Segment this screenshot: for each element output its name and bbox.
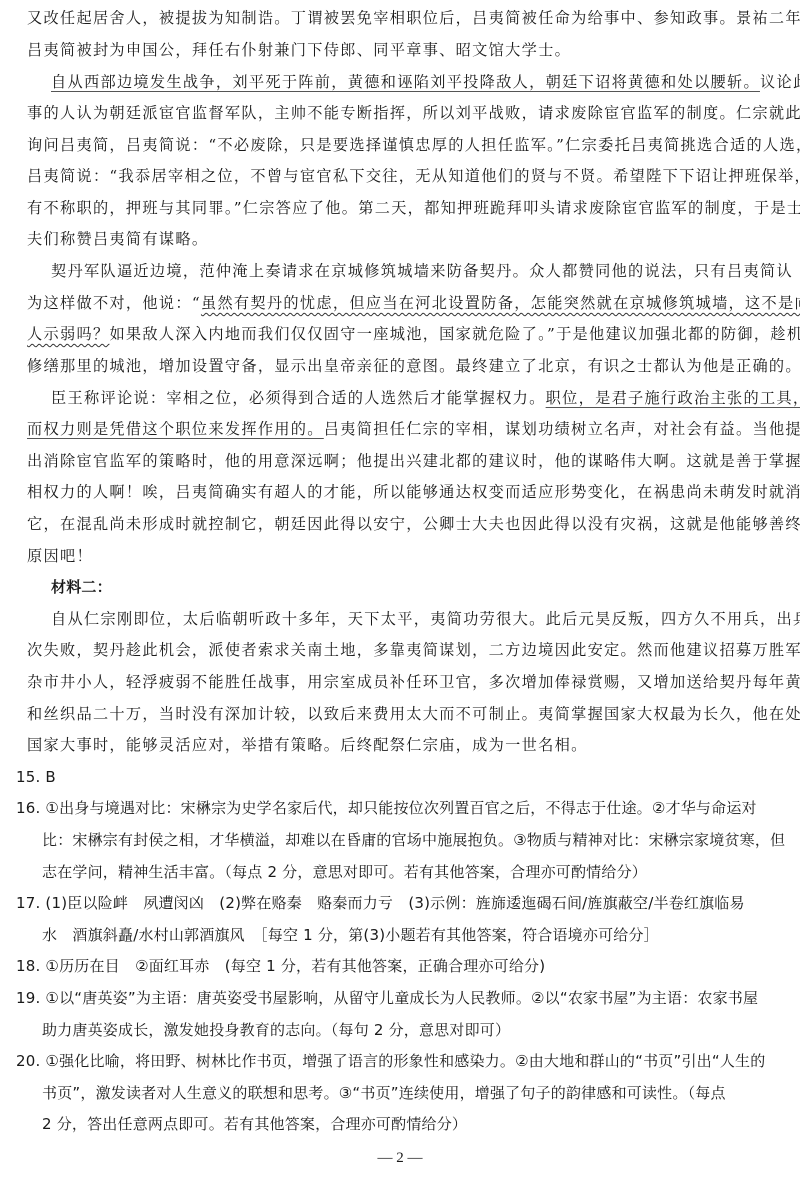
wavy-underlined-passage: 人示弱吗？	[27, 325, 109, 343]
text-line: 出消除宦官监军的策略时，他的用意深远啊；他提出兴建北都的建议时，他的谋略伟大啊。…	[27, 451, 783, 471]
text-line: 契丹军队逼近边境，范仲淹上奏请求在京城修筑城墙来防备契丹。众人都赞同他的说法，只…	[51, 261, 800, 281]
text-line: 有不称职的，押班与其同罪。”仁宗答应了他。第二天，都知押班跪拜叩头请求废除宦官监…	[27, 198, 783, 218]
answer-20-line: 书页”，激发读者对人生意义的联想和思考。③“书页”连续使用，增强了句子的韵律感和…	[42, 1083, 798, 1103]
answer-16-line: 16. ①出身与境遇对比：宋楙宗为史学名家后代，却只能按位次列置百官之后，不得志…	[16, 798, 772, 818]
text-line: 事的人认为朝廷派宦官监督军队，主帅不能专断指挥，所以刘平战败，请求废除宦官监军的…	[27, 103, 783, 123]
text-line: 自从西部边境发生战争，刘平死于阵前，黄德和诬陷刘平投降敌人，朝廷下诏将黄德和处以…	[51, 72, 800, 92]
section-heading: 材料二：	[51, 577, 800, 597]
underlined-passage: 而权力则是凭借这个职位来发挥作用的。	[27, 420, 324, 438]
text-line: 杂市井小人，轻浮疲弱不能胜任战事，用宗室成员补任环卫官，多次增加俸禄赏赐，又增加…	[27, 672, 783, 692]
text-line: 次失败，契丹趁此机会，派使者索求关南土地，多靠夷简谋划，二方边境因此安定。然而他…	[27, 640, 783, 660]
answer-19-line: 19. ①以“唐英姿”为主语：唐英姿受书屋影响，从留守儿童成长为人民教师。②以“…	[16, 988, 772, 1008]
page-number: — 2 —	[0, 1150, 800, 1167]
text-span: 臣王称评论说：宰相之位，必须得到合适的人选然后才能掌握权力。	[51, 389, 546, 407]
document-page: 又改任起居舍人，被提拔为知制诰。丁谓被罢免宰相职位后，吕夷简被任命为给事中、参知…	[0, 0, 800, 1185]
wavy-underlined-passage: 虽然有契丹的忧虑，但应当在河北设置防备，怎能突然就在京城修筑城墙，这不是向敌	[201, 294, 800, 312]
text-span: 如果敌人深入内地而我们仅仅固守一座城池，国家就危险了。”于是他建议加强北都的防御…	[109, 325, 800, 343]
answer-16-line: 比：宋楙宗有封侯之相，才华横溢，却难以在昏庸的官场中施展抱负。③物质与精神对比：…	[42, 830, 798, 850]
underlined-passage: 职位，是君子施行政治主张的工具，	[546, 389, 800, 407]
text-line: 而权力则是凭借这个职位来发挥作用的。吕夷简担任仁宗的宰相，谋划功绩树立名声，对社…	[27, 419, 783, 439]
text-line: 臣王称评论说：宰相之位，必须得到合适的人选然后才能掌握权力。职位，是君子施行政治…	[51, 388, 800, 408]
text-line: 它，在混乱尚未形成时就控制它，朝廷因此得以安宁，公卿士大夫也因此得以没有灾祸，这…	[27, 514, 783, 534]
text-line: 吕夷简说：“我忝居宰相之位，不曾与宦官私下交往，无从知道他们的贤与不贤。希望陛下…	[27, 166, 783, 186]
text-line: 自从仁宗刚即位，太后临朝听政十多年，天下太平，夷简功劳很大。此后元昊反叛，四方久…	[51, 609, 800, 629]
answer-18: 18. ①历历在目 ②面红耳赤 (每空 1 分，若有其他答案，正确合理亦可给分)	[16, 956, 772, 976]
text-span: 为这样做不对，他说：“	[27, 294, 201, 312]
answer-19-line: 助力唐英姿成长，激发她投身教育的志向。（每句 2 分，意思对即可）	[42, 1020, 798, 1040]
answer-17-line: 水 酒旗斜矗/水村山郭酒旗风 ［每空 1 分，第(3)小题若有其他答案，符合语境…	[42, 925, 798, 945]
text-line: 吕夷简被封为申国公，拜任右仆射兼门下侍郎、同平章事、昭文馆大学士。	[27, 40, 783, 60]
text-span: 吕夷简担任仁宗的宰相，谋划功绩树立名声，对社会有益。当他提	[324, 420, 800, 438]
answer-15: 15. B	[16, 767, 772, 787]
text-line: 为这样做不对，他说：“虽然有契丹的忧虑，但应当在河北设置防备，怎能突然就在京城修…	[27, 293, 783, 313]
text-line: 又改任起居舍人，被提拔为知制诰。丁谓被罢免宰相职位后，吕夷简被任命为给事中、参知…	[27, 8, 783, 28]
text-line: 相权力的人啊！唉，吕夷简确实有超人的才能，所以能够通达权变而适应形势变化，在祸患…	[27, 482, 783, 502]
text-span: 议论此	[760, 73, 800, 91]
answer-17-line: 17. (1)臣以险衅 夙遭闵凶 (2)弊在赂秦 赂秦而力亏 (3)示例：旌旆逶…	[16, 893, 772, 913]
text-line: 和丝织品二十万，当时没有深加计较，以致后来费用太大而不可制止。夷简掌握国家大权最…	[27, 704, 783, 724]
text-line: 夫们称赞吕夷简有谋略。	[27, 229, 783, 249]
text-line: 人示弱吗？如果敌人深入内地而我们仅仅固守一座城池，国家就危险了。”于是他建议加强…	[27, 324, 783, 344]
underlined-passage: 自从西部边境发生战争，刘平死于阵前，黄德和诬陷刘平投降敌人，朝廷下诏将黄德和处以…	[51, 73, 760, 91]
text-line: 国家大事时，能够灵活应对，举措有策略。后终配祭仁宗庙，成为一世名相。	[27, 735, 783, 755]
text-line: 询问吕夷简，吕夷简说：“不必废除，只是要选择谨慎忠厚的人担任监军。”仁宗委托吕夷…	[27, 135, 783, 155]
answer-20-line: 20. ①强化比喻，将田野、树林比作书页，增强了语言的形象性和感染力。②由大地和…	[16, 1051, 772, 1071]
text-line: 修缮那里的城池，增加设置守备，显示出皇帝亲征的意图。最终建立了北京，有识之士都认…	[27, 356, 783, 376]
text-line: 原因吧！	[27, 546, 783, 566]
answer-20-line: 2 分，答出任意两点即可。若有其他答案，合理亦可酌情给分）	[42, 1114, 798, 1134]
answer-16-line: 志在学问，精神生活丰富。（每点 2 分，意思对即可。若有其他答案，合理亦可酌情给…	[42, 862, 798, 882]
